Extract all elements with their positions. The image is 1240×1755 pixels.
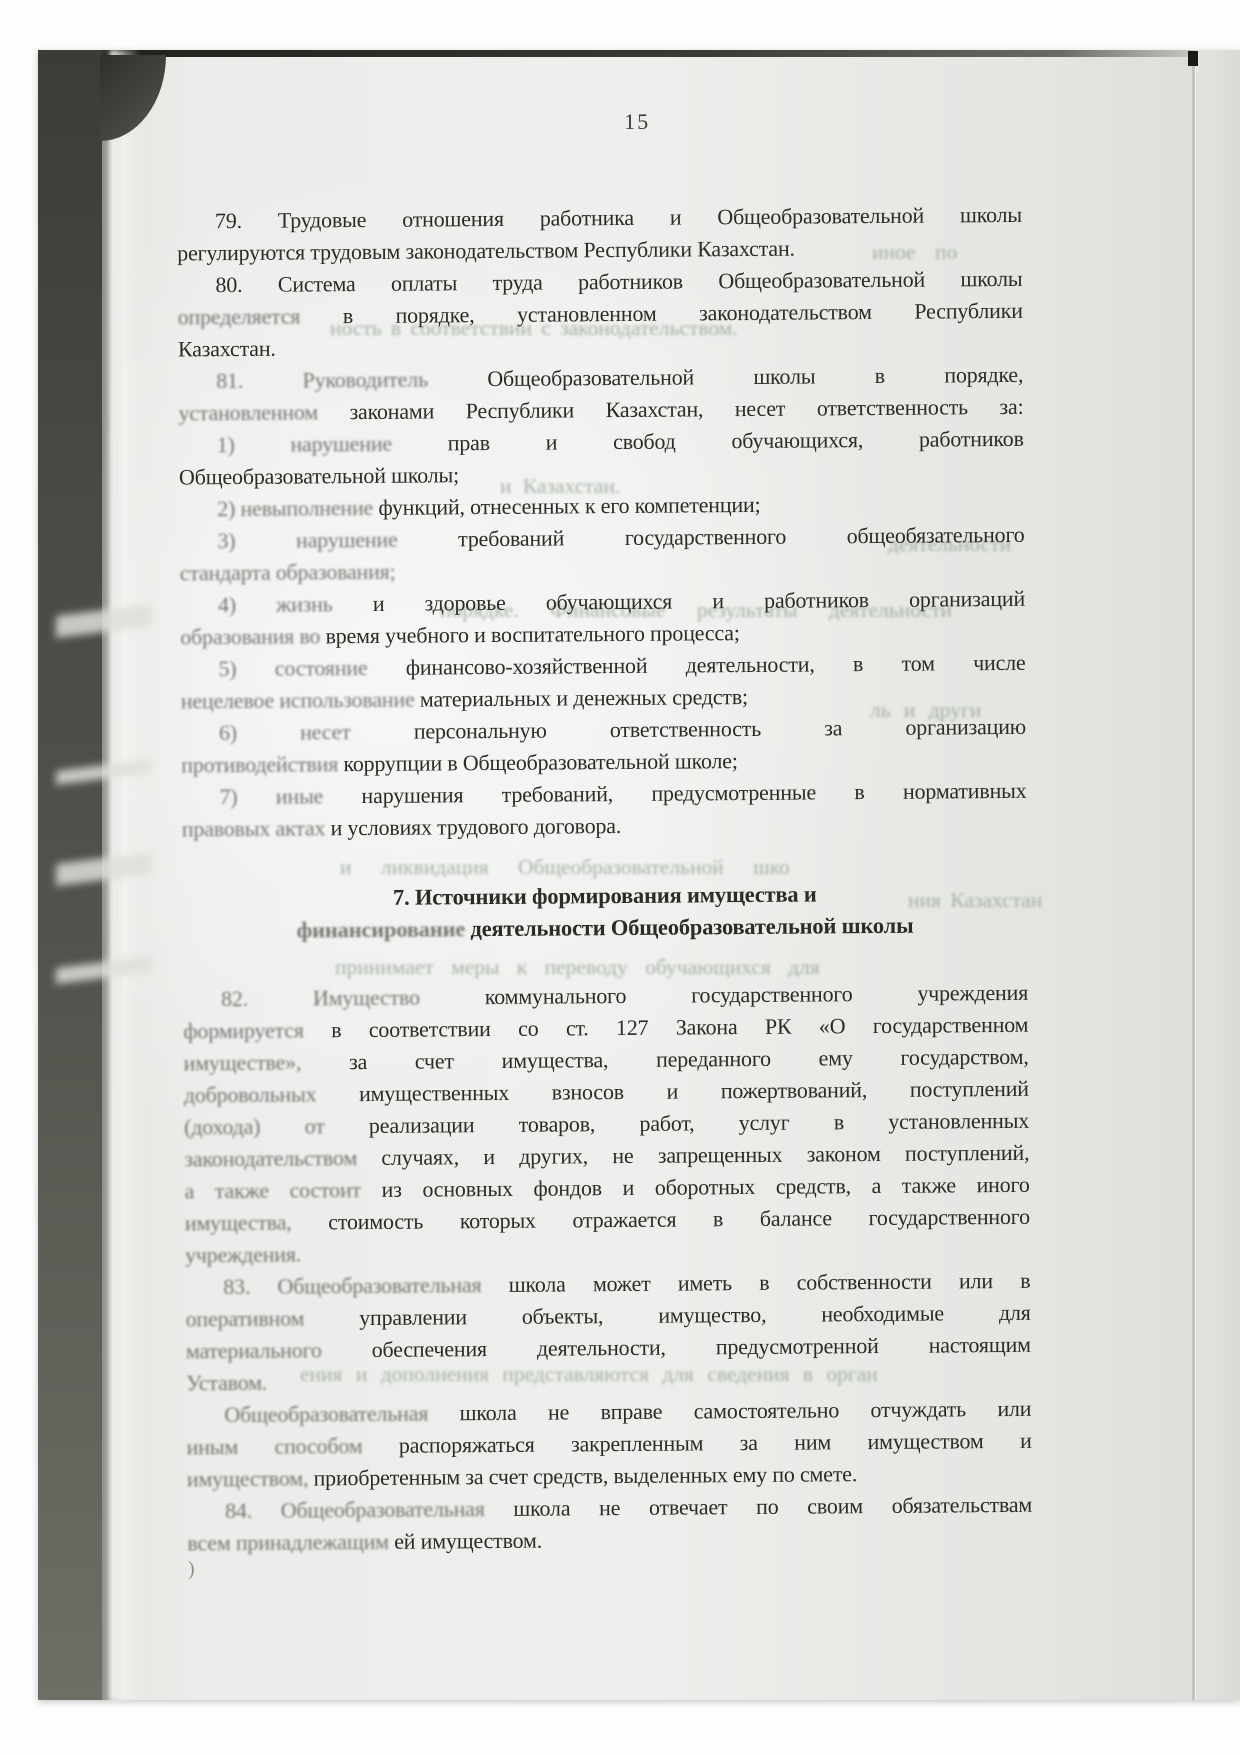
text-line: иным способом распоряжаться закрепленным… — [186, 1425, 1031, 1464]
smudged-text: материального — [186, 1337, 322, 1363]
text-line: 3) нарушение требований государственного… — [179, 519, 1024, 558]
smudged-text: всем принадлежащим — [187, 1529, 389, 1556]
smudged-text: имуществом, — [187, 1465, 309, 1491]
smudged-text: правовых актах — [182, 815, 326, 841]
smudged-text: формируется — [183, 1018, 304, 1044]
smudged-text: добровольных — [184, 1081, 317, 1107]
scan-top-edge-shadow — [38, 50, 1240, 57]
smudged-text: стандарта образования; — [180, 559, 396, 586]
bleedthrough-text: ) — [188, 1558, 195, 1581]
smudged-text: (дохода) от — [184, 1113, 325, 1139]
heading-line: финансирование деятельности Общеобразова… — [182, 909, 1027, 948]
text-line: 5) состояние финансово-хозяйственной дея… — [180, 647, 1025, 686]
right-page-edge-strip — [1196, 50, 1240, 1700]
smudged-text: 7) иные — [219, 783, 323, 809]
smudged-text: 2) невыполнение — [217, 495, 373, 521]
smudged-text: иным способом — [187, 1433, 363, 1459]
smudged-text: Общеобразовательная — [224, 1401, 428, 1428]
smudged-text: имуществе», — [183, 1050, 301, 1076]
scanned-page: иное поность в соответствии с законодате… — [38, 50, 1240, 1700]
smudged-text: а также состоит — [185, 1177, 362, 1203]
page-number: 15 — [624, 109, 650, 135]
text-line: имущества, стоимость которых отражается … — [185, 1201, 1030, 1240]
smudged-text: имущества, — [185, 1210, 292, 1236]
text-line: 1) нарушение прав и свобод обучающихся, … — [179, 423, 1024, 462]
page-corner-shadow — [100, 55, 166, 141]
text-line: 6) несет персональную ответственность за… — [181, 711, 1026, 750]
smudged-text: законодательством — [184, 1145, 357, 1171]
smudged-text: установленном — [178, 399, 318, 425]
smudged-text: 82. Имущество — [221, 985, 420, 1012]
smudged-text: 81. Руководитель — [216, 367, 428, 394]
text-line: определяется в порядке, установленном за… — [178, 295, 1023, 334]
smudged-text: 84. Общеобразовательная — [225, 1496, 485, 1523]
smudged-text: 6) несет — [219, 719, 351, 745]
text-line: всем принадлежащим ей имуществом. — [187, 1521, 1032, 1560]
smudged-text: нецелевое использование — [181, 687, 415, 714]
smudged-text: образования во — [180, 623, 320, 649]
smudged-text: учреждения. — [185, 1242, 301, 1268]
text-line: 84. Общеобразовательная школа не отвечае… — [187, 1489, 1032, 1528]
text-line: 79. Трудовые отношения работника и Общео… — [177, 199, 1022, 238]
corner-artifact-mark — [1188, 51, 1198, 66]
text-block: 79. Трудовые отношения работника и Общео… — [177, 199, 1033, 1560]
smudged-text: противодействия — [181, 751, 338, 777]
smudged-text: оперативном — [186, 1306, 305, 1332]
smudged-text: 83. Общеобразовательная — [223, 1272, 481, 1299]
smudged-text: финансирование — [297, 916, 466, 942]
smudged-text: 5) состояние — [218, 655, 367, 681]
smudged-text: Уставом. — [186, 1370, 267, 1396]
text-line: 7) иные нарушения требований, предусмотр… — [181, 775, 1026, 814]
smudged-text: 3) нарушение — [217, 527, 397, 553]
smudged-text: определяется — [178, 304, 301, 330]
text-line: материального обеспечения деятельности, … — [186, 1329, 1031, 1368]
smudged-text: 1) нарушение — [217, 431, 392, 457]
text-line: правовых актах и условиях трудового дого… — [182, 807, 1027, 846]
scan-right-seam — [1192, 50, 1195, 1700]
smudged-text: 4) жизнь — [218, 591, 333, 617]
text-line: 4) жизнь и здоровье обучающихся и работн… — [180, 583, 1025, 622]
